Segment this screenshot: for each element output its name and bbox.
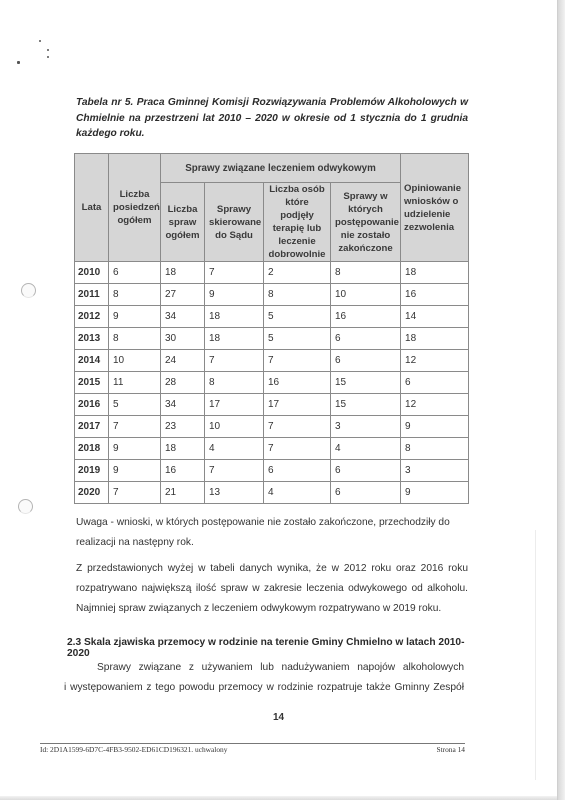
header-unfinished: Sprawy w których postępowanie nie został… [331, 183, 401, 262]
scan-speck [17, 61, 20, 64]
table-row: 20199167663 [75, 460, 469, 482]
table-row: 20129341851614 [75, 306, 469, 328]
cell-unfinished: 3 [331, 416, 401, 438]
cell-court: 7 [205, 460, 264, 482]
footer-divider [40, 743, 465, 744]
cell-opinions: 18 [401, 328, 469, 350]
cell-unfinished: 6 [331, 460, 401, 482]
document-page: Tabela nr 5. Praca Gminnej Komisji Rozwi… [0, 0, 559, 800]
cell-meetings: 7 [109, 482, 161, 504]
table-row: 201653417171512 [75, 394, 469, 416]
cell-meetings: 5 [109, 394, 161, 416]
cell-voluntary: 7 [264, 438, 331, 460]
cell-meetings: 9 [109, 460, 161, 482]
cell-cases-total: 28 [161, 372, 205, 394]
header-opinions: Opiniowanie wniosków o udzielenie zezwol… [401, 154, 469, 262]
cell-cases-total: 30 [161, 328, 205, 350]
cell-opinions: 14 [401, 306, 469, 328]
cell-year: 2010 [75, 262, 109, 284]
table-row: 2013830185618 [75, 328, 469, 350]
section-line-1: Sprawy związane z używaniem lub nadużywa… [64, 658, 464, 678]
cell-unfinished: 15 [331, 394, 401, 416]
cell-court: 9 [205, 284, 264, 306]
cell-cases-total: 18 [161, 262, 205, 284]
cell-cases-total: 24 [161, 350, 205, 372]
cell-unfinished: 16 [331, 306, 401, 328]
cell-voluntary: 5 [264, 306, 331, 328]
cell-unfinished: 15 [331, 372, 401, 394]
cell-opinions: 12 [401, 350, 469, 372]
cell-unfinished: 6 [331, 482, 401, 504]
cell-meetings: 9 [109, 306, 161, 328]
scan-speck [47, 49, 49, 51]
table-row: 2014102477612 [75, 350, 469, 372]
cell-unfinished: 6 [331, 328, 401, 350]
cell-cases-total: 18 [161, 438, 205, 460]
cell-meetings: 9 [109, 438, 161, 460]
cell-voluntary: 5 [264, 328, 331, 350]
cell-meetings: 10 [109, 350, 161, 372]
cell-cases-total: 16 [161, 460, 205, 482]
footer-page-label: Strona 14 [420, 745, 465, 754]
header-meetings: Liczba posiedzeń ogółem [109, 154, 161, 262]
cell-opinions: 8 [401, 438, 469, 460]
cell-court: 18 [205, 328, 264, 350]
cell-opinions: 3 [401, 460, 469, 482]
table-row: 202072113469 [75, 482, 469, 504]
punch-hole-icon [21, 283, 36, 298]
cell-voluntary: 2 [264, 262, 331, 284]
cell-cases-total: 21 [161, 482, 205, 504]
cell-cases-total: 27 [161, 284, 205, 306]
cell-unfinished: 4 [331, 438, 401, 460]
cell-court: 4 [205, 438, 264, 460]
commission-work-table: Lata Liczba posiedzeń ogółem Sprawy zwią… [74, 153, 469, 504]
cell-unfinished: 6 [331, 350, 401, 372]
scan-speck [47, 56, 49, 58]
cell-voluntary: 7 [264, 416, 331, 438]
cell-year: 2019 [75, 460, 109, 482]
cell-meetings: 8 [109, 328, 161, 350]
cell-year: 2014 [75, 350, 109, 372]
header-group-treatment: Sprawy związane leczeniem odwykowym [161, 154, 401, 183]
section-paragraph: Sprawy związane z używaniem lub nadużywa… [64, 658, 464, 698]
table-row: 20151128816156 [75, 372, 469, 394]
cell-unfinished: 8 [331, 262, 401, 284]
table-note: Uwaga - wnioski, w których postępowanie … [76, 513, 468, 553]
page-number: 14 [0, 712, 557, 723]
cell-voluntary: 16 [264, 372, 331, 394]
section-heading: 2.3 Skala zjawiska przemocy w rodzinie n… [67, 637, 487, 659]
cell-meetings: 6 [109, 262, 161, 284]
table-caption: Tabela nr 5. Praca Gminnej Komisji Rozwi… [76, 95, 468, 142]
table-row: 20189184748 [75, 438, 469, 460]
cell-opinions: 18 [401, 262, 469, 284]
summary-line-1: Z przedstawionych wyżej w tabeli danych … [76, 559, 468, 579]
footer-document-id: Id: 2D1A1599-6D7C-4FB3-9502-ED61CD196321… [40, 745, 227, 754]
page-right-shadow [558, 0, 565, 800]
cell-unfinished: 10 [331, 284, 401, 306]
cell-meetings: 8 [109, 284, 161, 306]
cell-voluntary: 17 [264, 394, 331, 416]
cell-court: 10 [205, 416, 264, 438]
cell-opinions: 9 [401, 482, 469, 504]
cell-voluntary: 8 [264, 284, 331, 306]
cell-year: 2017 [75, 416, 109, 438]
cell-year: 2012 [75, 306, 109, 328]
cell-court: 17 [205, 394, 264, 416]
cell-meetings: 11 [109, 372, 161, 394]
cell-voluntary: 6 [264, 460, 331, 482]
cell-meetings: 7 [109, 416, 161, 438]
cell-year: 2013 [75, 328, 109, 350]
page-bottom-edge [0, 796, 557, 800]
cell-court: 8 [205, 372, 264, 394]
cell-year: 2011 [75, 284, 109, 306]
header-voluntary: Liczba osób które podjęły terapię lub le… [264, 183, 331, 262]
cell-opinions: 9 [401, 416, 469, 438]
scan-speck [39, 40, 41, 42]
cell-year: 2016 [75, 394, 109, 416]
summary-paragraph: Z przedstawionych wyżej w tabeli danych … [76, 559, 468, 619]
header-court: Sprawy skierowane do Sądu [205, 183, 264, 262]
table-row: 201772310739 [75, 416, 469, 438]
cell-year: 2020 [75, 482, 109, 504]
cell-opinions: 16 [401, 284, 469, 306]
summary-rest: rozpatrywano największą ilość spraw w za… [76, 583, 468, 614]
cell-opinions: 12 [401, 394, 469, 416]
cell-cases-total: 23 [161, 416, 205, 438]
cell-year: 2018 [75, 438, 109, 460]
header-cases-total: Liczba spraw ogółem [161, 183, 205, 262]
cell-court: 7 [205, 350, 264, 372]
table-body: 2010618728182011827981016201293418516142… [75, 262, 469, 504]
table-row: 201061872818 [75, 262, 469, 284]
section-line-2: i występowaniem z tego powodu przemocy w… [64, 678, 464, 698]
cell-year: 2015 [75, 372, 109, 394]
cell-court: 13 [205, 482, 264, 504]
cell-cases-total: 34 [161, 394, 205, 416]
scan-edge-line [535, 530, 536, 780]
cell-court: 18 [205, 306, 264, 328]
cell-court: 7 [205, 262, 264, 284]
cell-cases-total: 34 [161, 306, 205, 328]
cell-voluntary: 4 [264, 482, 331, 504]
punch-hole-icon [18, 499, 33, 514]
cell-voluntary: 7 [264, 350, 331, 372]
header-year: Lata [75, 154, 109, 262]
table-row: 2011827981016 [75, 284, 469, 306]
cell-opinions: 6 [401, 372, 469, 394]
